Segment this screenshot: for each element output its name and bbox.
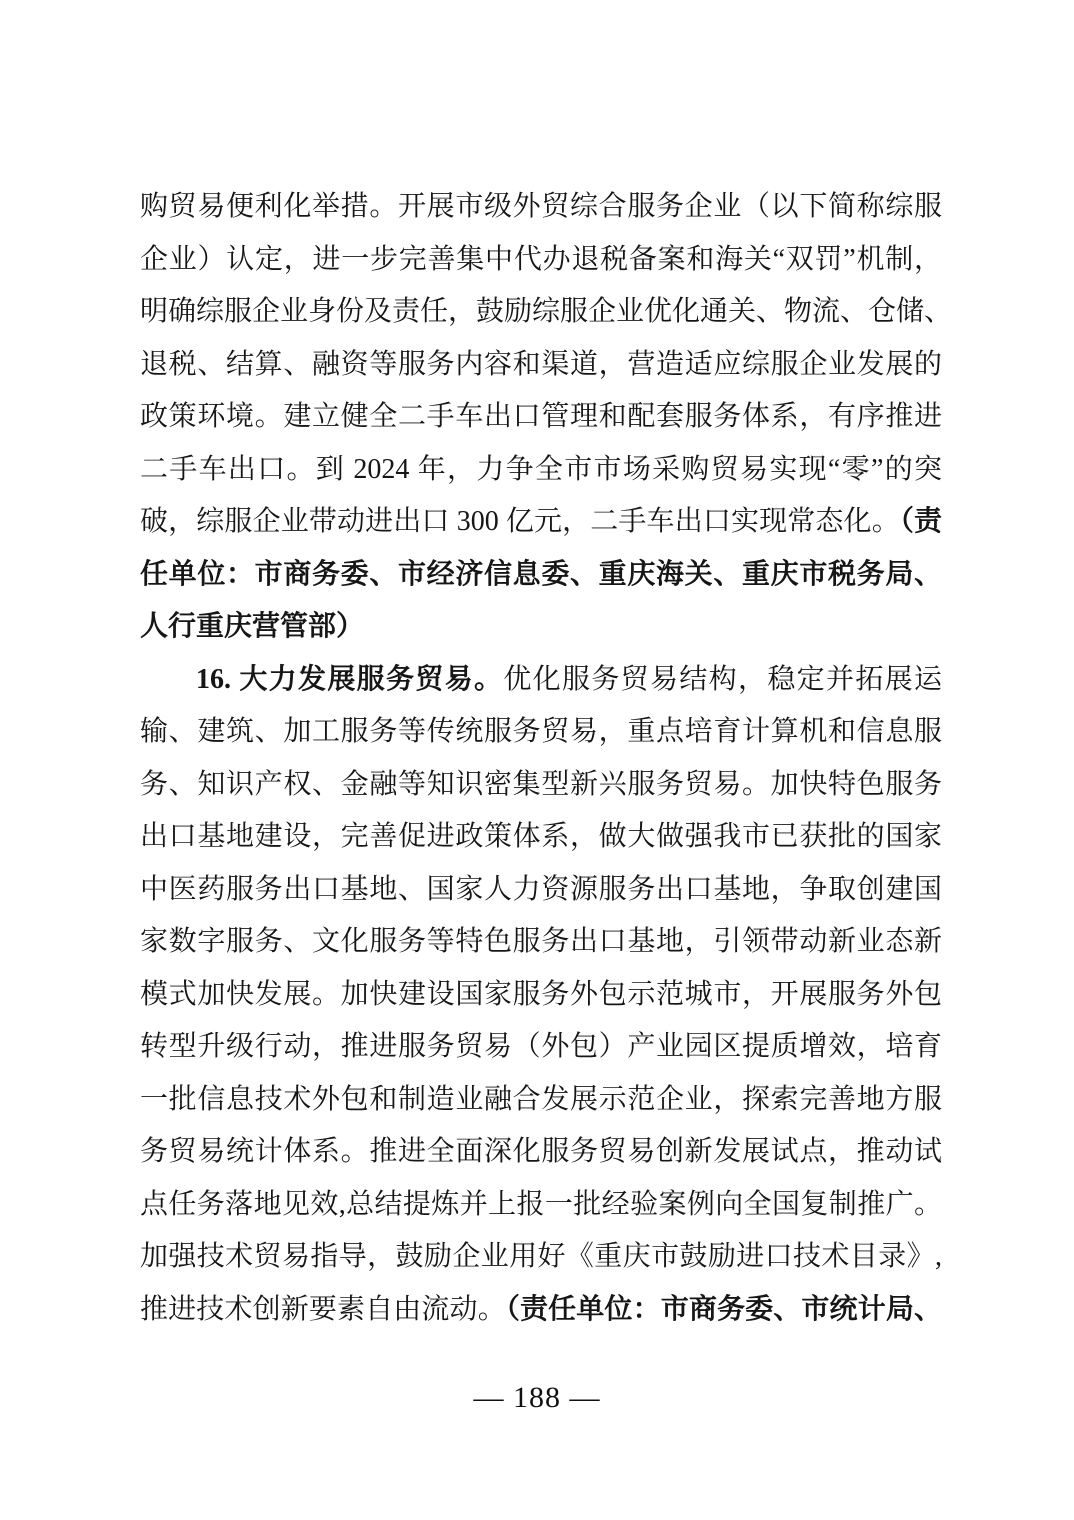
text-segment: 中医药服务出口基地、国家人力资源服务出口基地，争取创建国 [140, 874, 942, 905]
text-segment: 购贸易便利化举措。开展市级外贸综合服务企业（以下简称综服 [140, 191, 942, 222]
text-line: 任单位：市商务委、市经济信息委、重庆海关、重庆市税务局、 [140, 549, 942, 602]
text-line: 务贸易统计体系。推进全面深化服务贸易创新发展试点，推动试 [140, 1126, 942, 1179]
text-segment: 家数字服务、文化服务等特色服务出口基地，引领带动新业态新 [140, 926, 942, 957]
text-line: 家数字服务、文化服务等特色服务出口基地，引领带动新业态新 [140, 916, 942, 969]
text-segment: 明确综服企业身份及责任，鼓励综服企业优化通关、物流、仓储、 [140, 296, 952, 327]
text-line: 二手车出口。到 2024 年，力争全市市场采购贸易实现“零”的突 [140, 444, 942, 497]
text-segment: 务、知识产权、金融等知识密集型新兴服务贸易。加快特色服务 [140, 769, 942, 800]
text-segment: 模式加快发展。加快建设国家服务外包示范城市，开展服务外包 [140, 979, 942, 1010]
text-segment-bold: （责 [900, 506, 942, 537]
text-line: 中医药服务出口基地、国家人力资源服务出口基地，争取创建国 [140, 864, 942, 917]
page-number: — 188 — [0, 1381, 1074, 1415]
text-segment: 加强技术贸易指导，鼓励企业用好《重庆市鼓励进口技术目录》, [140, 1241, 942, 1272]
text-line: 点任务落地见效,总结提炼并上报一批经验案例向全国复制推广。 [140, 1179, 942, 1232]
text-line: 输、建筑、加工服务等传统服务贸易，重点培育计算机和信息服 [140, 706, 942, 759]
text-line: 务、知识产权、金融等知识密集型新兴服务贸易。加快特色服务 [140, 759, 942, 812]
text-segment: 一批信息技术外包和制造业融合发展示范企业，探索完善地方服 [140, 1084, 942, 1115]
text-line: 转型升级行动，推进服务贸易（外包）产业园区提质增效，培育 [140, 1021, 942, 1074]
text-line: 购贸易便利化举措。开展市级外贸综合服务企业（以下简称综服 [140, 181, 942, 234]
text-segment-bold: 16. 大力发展服务贸易。 [196, 664, 503, 695]
text-segment: 点任务落地见效,总结提炼并上报一批经验案例向全国复制推广。 [140, 1189, 942, 1220]
text-line: 企业）认定，进一步完善集中代办退税备案和海关“双罚”机制， [140, 234, 942, 287]
text-segment: 转型升级行动，推进服务贸易（外包）产业园区提质增效，培育 [140, 1031, 942, 1062]
text-segment-bold: （责任单位：市商务委、市统计局、 [506, 1294, 942, 1325]
text-line: 破，综服企业带动进出口 300 亿元，二手车出口实现常态化。（责 [140, 496, 942, 549]
text-segment: 二手车出口。到 2024 年，力争全市市场采购贸易实现“零”的突 [140, 454, 942, 485]
text-segment: 出口基地建设，完善促进政策体系，做大做强我市已获批的国家 [140, 821, 942, 852]
text-line: 人行重庆营管部） [140, 601, 942, 654]
text-segment: 破，综服企业带动进出口 300 亿元，二手车出口实现常态化。 [140, 506, 900, 537]
text-line: 一批信息技术外包和制造业融合发展示范企业，探索完善地方服 [140, 1074, 942, 1127]
text-segment: 输、建筑、加工服务等传统服务贸易，重点培育计算机和信息服 [140, 716, 942, 747]
text-line: 退税、结算、融资等服务内容和渠道，营造适应综服企业发展的 [140, 339, 942, 392]
text-segment-bold: 人行重庆营管部） [140, 611, 364, 642]
text-line: 模式加快发展。加快建设国家服务外包示范城市，开展服务外包 [140, 969, 942, 1022]
text-line: 政策环境。建立健全二手车出口管理和配套服务体系，有序推进 [140, 391, 942, 444]
text-segment: 优化服务贸易结构，稳定并拓展运 [503, 664, 942, 695]
text-segment: 务贸易统计体系。推进全面深化服务贸易创新发展试点，推动试 [140, 1136, 942, 1167]
text-line: 出口基地建设，完善促进政策体系，做大做强我市已获批的国家 [140, 811, 942, 864]
text-segment: 政策环境。建立健全二手车出口管理和配套服务体系，有序推进 [140, 401, 942, 432]
document-page: 购贸易便利化举措。开展市级外贸综合服务企业（以下简称综服企业）认定，进一步完善集… [0, 0, 1074, 1520]
text-line: 加强技术贸易指导，鼓励企业用好《重庆市鼓励进口技术目录》, [140, 1231, 942, 1284]
text-line: 明确综服企业身份及责任，鼓励综服企业优化通关、物流、仓储、 [140, 286, 942, 339]
text-segment: 推进技术创新要素自由流动。 [140, 1294, 506, 1325]
text-line: 推进技术创新要素自由流动。（责任单位：市商务委、市统计局、 [140, 1284, 942, 1337]
document-body: 购贸易便利化举措。开展市级外贸综合服务企业（以下简称综服企业）认定，进一步完善集… [140, 181, 942, 1336]
text-line: 16. 大力发展服务贸易。优化服务贸易结构，稳定并拓展运 [140, 654, 942, 707]
text-segment-bold: 任单位：市商务委、市经济信息委、重庆海关、重庆市税务局、 [140, 559, 942, 590]
text-segment: 企业）认定，进一步完善集中代办退税备案和海关“双罚”机制， [140, 244, 942, 275]
text-segment: 退税、结算、融资等服务内容和渠道，营造适应综服企业发展的 [140, 349, 942, 380]
